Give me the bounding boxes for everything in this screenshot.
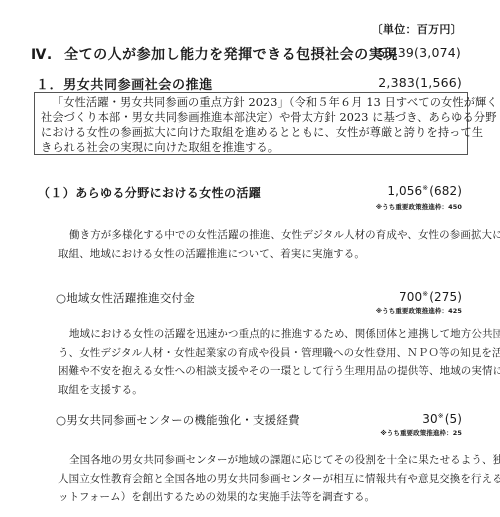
item-group-heading: （１）あらゆる分野における女性の活躍 xyxy=(38,184,261,201)
section-number: Ⅳ. xyxy=(31,47,53,63)
unit-label: 〔単位：百万円〕 xyxy=(372,21,462,37)
amount-main: 30 xyxy=(422,412,437,426)
priority-mark: ※ xyxy=(438,412,444,420)
summary-box: 「女性活躍・男女共同参画の重点方針 2023」（令和５年６月 13 日すべての女… xyxy=(34,92,468,155)
summary-line: 「女性活躍・男女共同参画の重点方針 2023」（令和５年６月 13 日すべての女… xyxy=(41,95,461,110)
item-description: 地域における女性の活躍を迅速かつ重点的に推進するため、関係団体と連携して地方公共… xyxy=(58,325,478,399)
amount-paren: (5) xyxy=(445,412,462,426)
description-line: 人国立女性教育会館と全国各地の男女共同参画センターが相互に情報共有や意見交換を行… xyxy=(58,470,478,489)
description-line: 困難や不安を抱える女性への相談支援やその一環として行う生理用品の提供等、地域の実… xyxy=(58,362,478,381)
section-amount: 5,439(3,074) xyxy=(377,45,461,60)
description-line: 取組、地域における女性の活躍推進について、着実に実施する。 xyxy=(58,245,478,264)
summary-line: 社会づくり本部・男女共同参画推進本部決定）や骨太方針 2023 に基づき、あらゆ… xyxy=(41,110,461,125)
subsection-number: １． xyxy=(36,78,63,93)
subsection-amount: 2,383(1,566) xyxy=(378,75,462,90)
item-title: ○男女共同参画センターの機能強化・支援経費 xyxy=(56,412,300,428)
item-group-title: あらゆる分野における女性の活躍 xyxy=(75,186,261,200)
subsection-title: 男女共同参画社会の推進 xyxy=(63,78,213,93)
item-amount: 30※(5) xyxy=(422,412,462,426)
section-title: 全ての人が参加し能力を発揮できる包摂社会の実現 xyxy=(64,47,398,63)
description-line: う、女性デジタル人材・女性起業家の育成や役員・管理職への女性登用、ＮＰＯ等の知見… xyxy=(58,344,478,363)
description-line: 全国各地の男女共同参画センターが地域の課題に応じてその役割を十全に果たせるよう、… xyxy=(58,451,478,470)
item-group-amount: 1,056※(682) xyxy=(387,184,462,198)
description-line: 働き方が多様化する中での女性活躍の推進、女性デジタル人材の育成や、女性の参画拡大… xyxy=(58,226,478,245)
amount-main: 1,056 xyxy=(387,184,422,198)
summary-line: きられる社会の実現に向けた取組を推進する。 xyxy=(41,140,461,155)
description-line: 地域における女性の活躍を迅速かつ重点的に推進するため、関係団体と連携して地方公共… xyxy=(58,325,478,344)
priority-note: ※うち重要政策推進枠：25 xyxy=(380,428,462,437)
amount-main: 700 xyxy=(399,290,422,304)
priority-note: ※うち重要政策推進枠：425 xyxy=(376,306,462,315)
item-description: 全国各地の男女共同参画センターが地域の課題に応じてその役割を十全に果たせるよう、… xyxy=(58,451,478,507)
priority-note: ※うち重要政策推進枠：450 xyxy=(376,202,462,211)
amount-paren: (275) xyxy=(429,290,462,304)
priority-mark: ※ xyxy=(422,290,428,298)
item-group-description: 働き方が多様化する中での女性活躍の推進、女性デジタル人材の育成や、女性の参画拡大… xyxy=(58,226,478,263)
description-line: 取組を支援する。 xyxy=(58,381,478,400)
summary-line: における女性の参画拡大に向けた取組を進めるとともに、女性が尊厳と誇りを持って生 xyxy=(41,125,461,140)
item-title: ○地域女性活躍推進交付金 xyxy=(56,290,195,306)
description-line: ットフォーム）を創出するための効果的な実施手法等を調査する。 xyxy=(58,488,478,507)
amount-paren: (682) xyxy=(429,184,462,198)
priority-mark: ※ xyxy=(422,184,428,192)
subsection-heading: １．男女共同参画社会の推進 xyxy=(36,74,213,93)
section-heading: Ⅳ. 全ての人が参加し能力を発揮できる包摂社会の実現 xyxy=(31,44,398,64)
item-group-number: （１） xyxy=(38,186,75,200)
item-amount: 700※(275) xyxy=(399,290,462,304)
